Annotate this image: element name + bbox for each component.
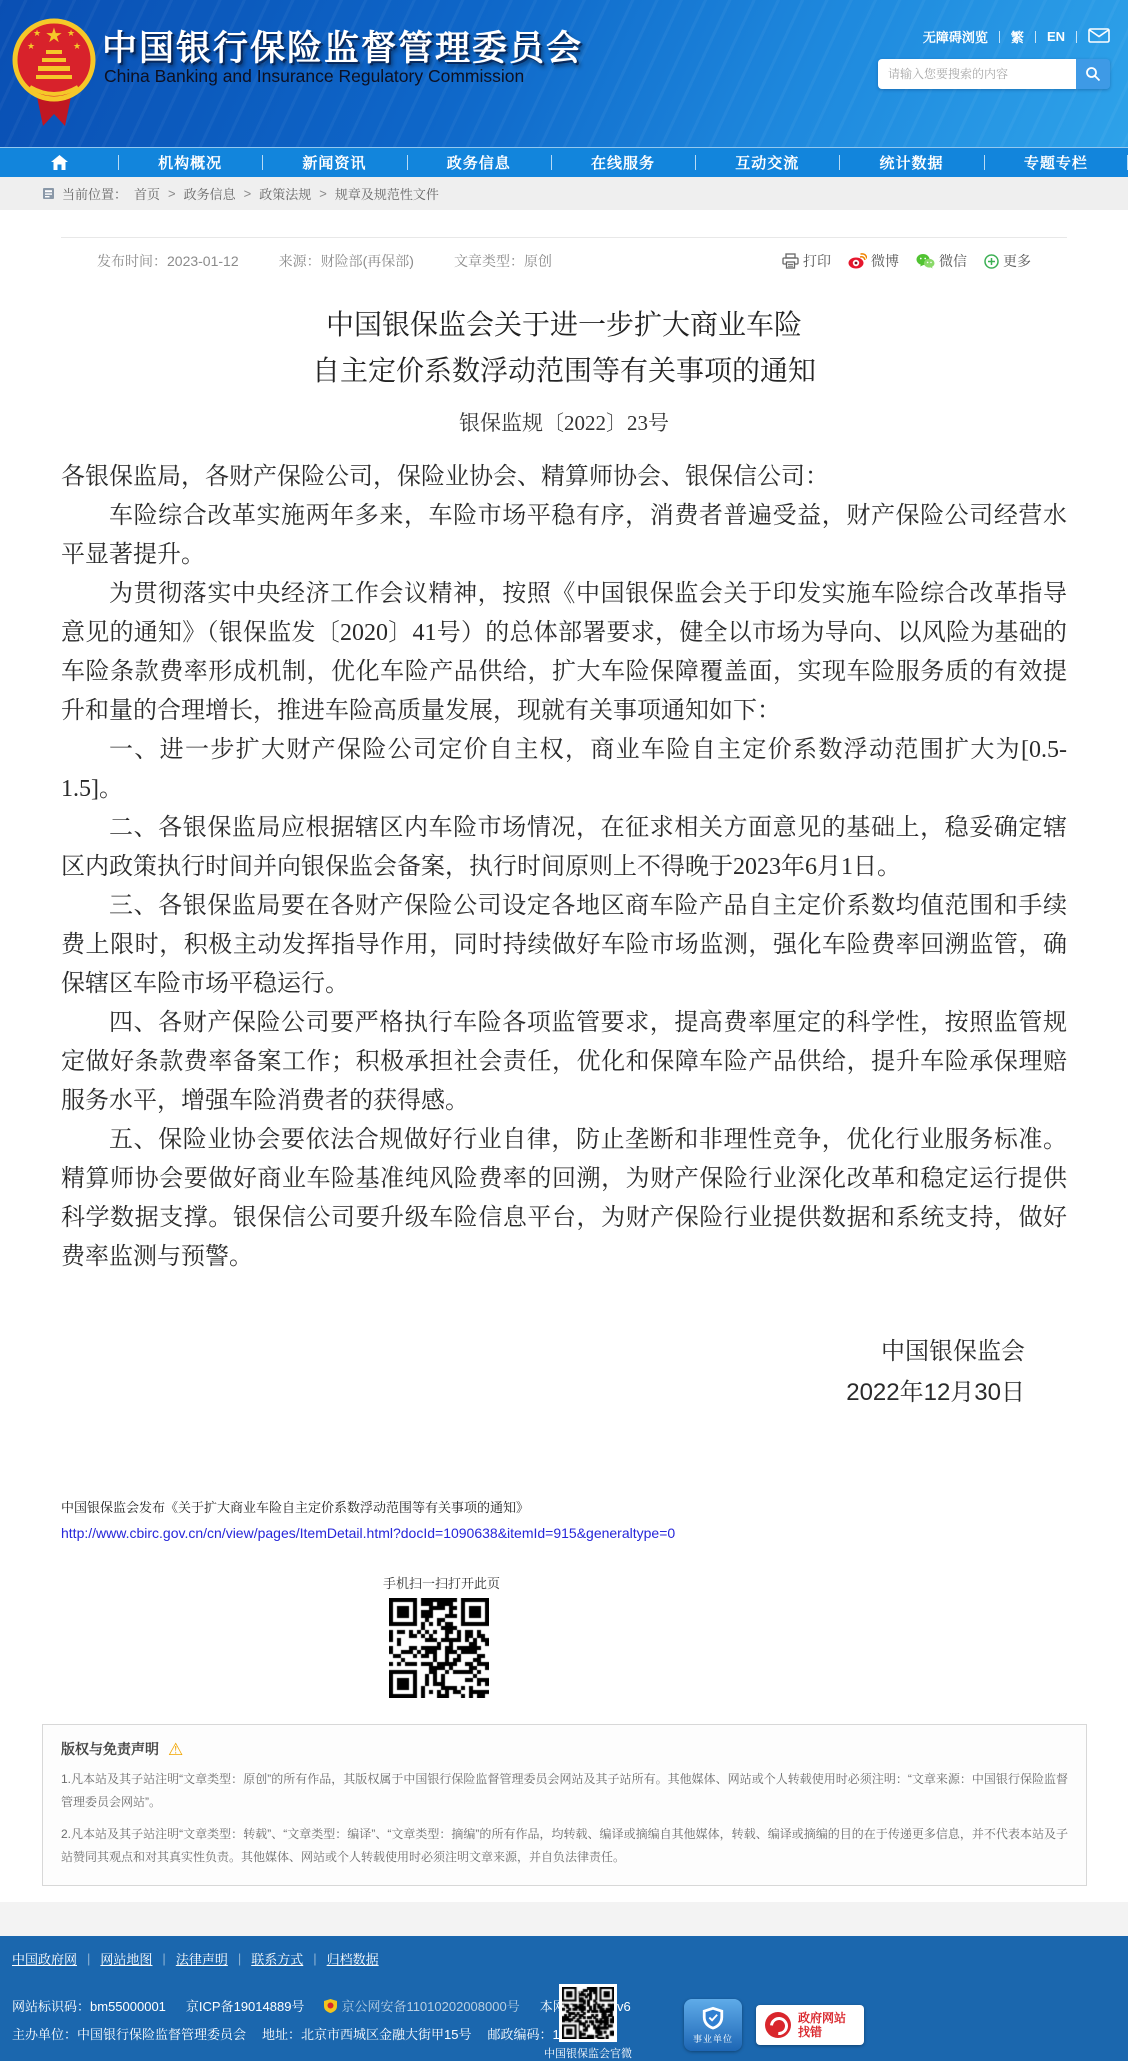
site-header: ★ ★ ★ ★ ★ 中国银行保险监督管理委员会 China Banking an… [0,0,1128,147]
divider [1076,31,1077,43]
footer-links: 中国政府网| 网站地图| 法律声明| 联系方式| 归档数据 [12,1949,379,1968]
article-type: 文章类型：原创 [454,251,552,271]
public-institution-badge[interactable]: 事业单位 [684,1999,742,2051]
nav-item-news[interactable]: 新闻资讯 [262,148,406,177]
footer-link-sitemap[interactable]: 网站地图 [100,1949,152,1968]
share-toolbar: 打印 微博 [782,251,1031,271]
svg-text:★: ★ [73,41,81,51]
print-button[interactable]: 打印 [782,251,831,271]
document-number: 银保监规〔2022〕23号 [61,407,1067,437]
weibo-icon [848,253,867,269]
mail-link[interactable] [1088,28,1110,46]
traditional-chinese-link[interactable]: 繁 [1011,27,1024,46]
paragraph: 车险综合改革实施两年多来，车险市场平稳有序，消费者普遍受益，财产保险公司经营水平… [61,497,1067,575]
related-link-block: 中国银保监会发布《关于扩大商业车险自主定价系数浮动范围等有关事项的通知》 htt… [61,1497,1067,1543]
qr-code [562,1987,614,2039]
signature-date: 2022年12月30日 [61,1372,1025,1413]
warning-icon: ⚠ [168,1741,183,1758]
qr-code [389,1598,489,1698]
nav-item-overview[interactable]: 机构概况 [118,148,262,177]
divider: | [238,1951,241,1966]
national-emblem-logo: ★ ★ ★ ★ ★ [12,12,96,132]
divider [999,31,1000,43]
disclaimer-item: 1.凡本站及其子站注明“文章类型：原创”的所有作品，其版权属于中国银行保险监督管… [61,1768,1068,1814]
error-report-seal-icon [765,2012,791,2038]
envelope-icon [1088,28,1110,43]
police-badge-icon [324,1999,337,2013]
footer-registration-row: 网站标识码：bm55000001 京ICP备19014889号 京公网安备110… [12,1996,631,2015]
breadcrumb-separator: > [244,186,252,201]
host-org: 主办单位：中国银行保险监督管理委员会 [12,2024,246,2043]
breadcrumb-current: 规章及规范性文件 [335,184,439,203]
home-icon [51,155,68,170]
footer-org-row: 主办单位：中国银行保险监督管理委员会 地址：北京市西城区金融大街甲15号 邮政编… [12,2024,596,2043]
signature-name: 中国银保监会 [61,1331,1025,1372]
gov-site-error-report-badge[interactable]: 政府网站 找错 [756,2005,864,2045]
article-body: 各银保监局，各财产保险公司，保险业协会、精算师协会、银保信公司： 车险综合改革实… [61,458,1067,1277]
security-record[interactable]: 京公网安备11010202008000号 [324,1996,519,2015]
main-nav: 机构概况 新闻资讯 政务信息 在线服务 互动交流 统计数据 专题专栏 [0,147,1128,177]
english-link[interactable]: EN [1047,29,1065,44]
paragraph: 四、各财产保险公司要严格执行车险各项监管要求，提高费率厘定的科学性，按照监管规定… [61,1004,1067,1121]
share-weibo-button[interactable]: 微博 [848,251,899,271]
address: 地址：北京市西城区金融大街甲15号 [262,2024,471,2043]
article-source: 来源：财险部(再保部) [279,251,414,271]
salutation: 各银保监局，各财产保险公司，保险业协会、精算师协会、银保信公司： [61,458,1067,497]
search-input[interactable] [878,59,1076,89]
breadcrumb-separator: > [168,186,176,201]
related-url-link[interactable]: http://www.cbirc.gov.cn/cn/view/pages/It… [61,1525,675,1541]
footer-qr-block: 中国银保监会官微 [540,1984,636,2061]
topbar-links: 无障碍浏览 繁 EN [923,27,1110,46]
breadcrumb-home-link[interactable]: 首页 [134,184,160,203]
footer-link-legal[interactable]: 法律声明 [176,1949,228,1968]
article-qr-block: 手机扫一扫打开此页 [383,1573,495,1698]
divider: | [87,1951,90,1966]
article-title: 中国银保监会关于进一步扩大商业车险 自主定价系数浮动范围等有关事项的通知 [61,303,1067,395]
publish-time: 发布时间：2023-01-12 [97,251,239,271]
nav-item-online-services[interactable]: 在线服务 [551,148,695,177]
site-footer: 中国政府网| 网站地图| 法律声明| 联系方式| 归档数据 网站标识码：bm55… [0,1936,1128,2061]
footer-qr-caption: 中国银保监会官微 [540,2045,636,2061]
divider [1035,31,1036,43]
badge-text-line: 找错 [798,2025,822,2039]
site-subtitle: China Banking and Insurance Regulatory C… [104,66,524,87]
breadcrumb-separator: > [319,186,327,201]
location-icon [42,187,55,200]
shield-icon [701,2006,725,2030]
breadcrumb-policy-link[interactable]: 政策法规 [259,184,311,203]
article-page: 发布时间：2023-01-12 来源：财险部(再保部) 文章类型：原创 打印 [0,237,1128,1902]
search-box [878,59,1110,89]
signature-block: 中国银保监会 2022年12月30日 [61,1331,1067,1413]
footer-link-govcn[interactable]: 中国政府网 [12,1949,77,1968]
share-wechat-button[interactable]: 微信 [916,251,967,271]
icp-number: 京ICP备19014889号 [186,1996,305,2015]
breadcrumb: 当前位置： 首页 > 政务信息 > 政策法规 > 规章及规范性文件 [0,177,1128,210]
breadcrumb-govinfo-link[interactable]: 政务信息 [184,184,236,203]
related-text: 中国银保监会发布《关于扩大商业车险自主定价系数浮动范围等有关事项的通知》 [61,1497,1067,1516]
divider: | [162,1951,165,1966]
copyright-disclaimer-box: 版权与免责声明 ⚠ 1.凡本站及其子站注明“文章类型：原创”的所有作品，其版权属… [42,1724,1087,1886]
accessibility-link[interactable]: 无障碍浏览 [923,27,988,46]
svg-text:★: ★ [33,28,41,38]
divider: | [313,1951,316,1966]
search-icon [1085,66,1101,82]
disclaimer-item: 2.凡本站及其子站注明“文章类型：转载”、“文章类型：编译”、“文章类型：摘编”… [61,1823,1068,1869]
printer-icon [782,253,799,269]
nav-item-interaction[interactable]: 互动交流 [695,148,839,177]
site-id: 网站标识码：bm55000001 [12,1996,166,2015]
svg-text:★: ★ [27,41,35,51]
badge-text-line: 政府网站 [798,2011,846,2025]
nav-item-statistics[interactable]: 统计数据 [839,148,983,177]
paragraph: 二、各银保监局应根据辖区内车险市场情况，在征求相关方面意见的基础上，稳妥确定辖区… [61,809,1067,887]
wechat-icon [916,253,935,269]
share-more-button[interactable]: 更多 [984,251,1031,271]
paragraph: 为贯彻落实中央经济工作会议精神，按照《中国银保监会关于印发实施车险综合改革指导意… [61,575,1067,731]
plus-circle-icon [984,254,999,269]
nav-item-gov-info[interactable]: 政务信息 [407,148,551,177]
qr-caption: 手机扫一扫打开此页 [383,1573,495,1592]
article-meta-row: 发布时间：2023-01-12 来源：财险部(再保部) 文章类型：原创 打印 [61,237,1067,277]
paragraph: 一、进一步扩大财产保险公司定价自主权，商业车险自主定价系数浮动范围扩大为[0.5… [61,731,1067,809]
footer-link-contact[interactable]: 联系方式 [251,1949,303,1968]
footer-link-archive[interactable]: 归档数据 [327,1949,379,1968]
nav-item-special-topics[interactable]: 专题专栏 [984,148,1128,177]
pre-footer-strip [0,1902,1128,1936]
paragraph: 五、保险业协会要依法合规做好行业自律，防止垄断和非理性竞争，优化行业服务标准。精… [61,1121,1067,1277]
disclaimer-title: 版权与免责声明 [61,1739,159,1759]
nav-item-home[interactable] [0,148,118,177]
search-button[interactable] [1076,59,1110,89]
site-title: 中国银行保险监督管理委员会 [102,21,583,71]
svg-text:★: ★ [67,28,75,38]
badge-label: 事业单位 [693,2032,733,2045]
paragraph: 三、各银保监局要在各财产保险公司设定各地区商车险产品自主定价系数均值范围和手续费… [61,887,1067,1004]
breadcrumb-label: 当前位置： [62,184,127,203]
svg-text:★: ★ [45,25,63,47]
